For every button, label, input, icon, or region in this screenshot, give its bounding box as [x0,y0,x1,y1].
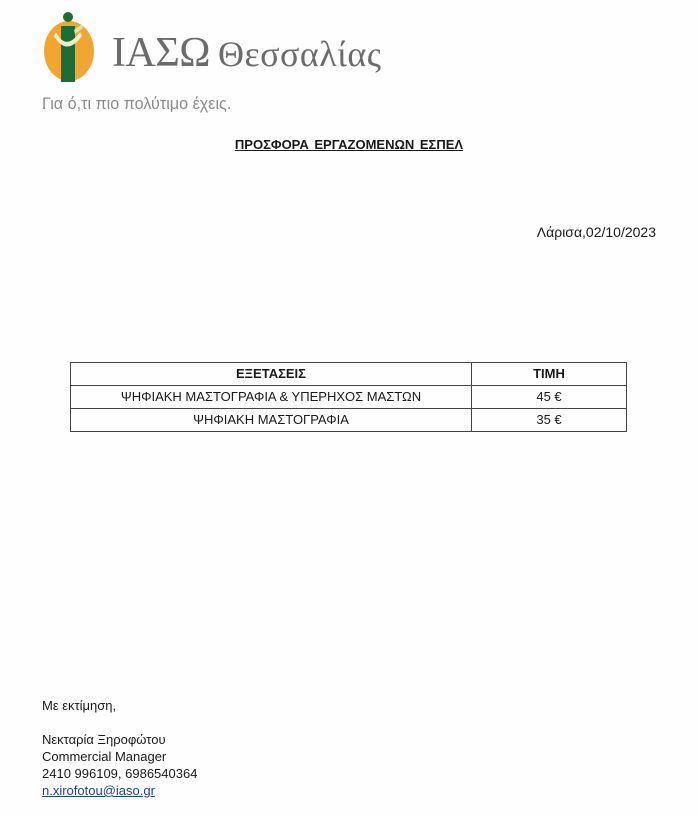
signer-name: Νεκταρία Ξηροφώτου [42,731,197,748]
exam-cell: ΨΗΦΙΑΚΗ ΜΑΣΤΟΓΡΑΦΙΑ [71,409,472,432]
price-cell: 35 € [472,409,627,432]
price-cell: 45 € [472,386,627,409]
document-date: Λάρισα,02/10/2023 [537,224,656,240]
exam-cell: ΨΗΦΙΑΚΗ ΜΑΣΤΟΓΡΑΦΙΑ & ΥΠΕΡΗΧΟΣ ΜΑΣΤΩΝ [71,386,472,409]
logo: ΙΑΣΩΘεσσαλίας Για ό,τι πιο πολύτιμο έχει… [40,10,340,120]
logo-tagline: Για ό,τι πιο πολύτιμο έχεις. [42,94,231,114]
logo-brand: ΙΑΣΩΘεσσαλίας [112,32,382,74]
iaso-logo-mark-icon [40,10,102,84]
header-price: ΤΙΜΗ [472,363,627,386]
offers-table: ΕΞΕΤΑΣΕΙΣ ΤΙΜΗ ΨΗΦΙΑΚΗ ΜΑΣΤΟΓΡΑΦΙΑ & ΥΠΕ… [70,362,627,432]
signer-role: Commercial Manager [42,748,197,765]
signer-phones: 2410 996109, 6986540364 [42,765,197,782]
brand-city: Θεσσαλίας [218,34,382,74]
signature-block: Με εκτίμηση, Νεκταρία Ξηροφώτου Commerci… [42,697,197,799]
header-exams: ΕΞΕΤΑΣΕΙΣ [71,363,472,386]
closing-text: Με εκτίμηση, [42,697,197,714]
document-title: ΠΡΟΣΦΟΡΑ ΕΡΓΑΖΟΜΕΝΩΝ ΕΣΠΕΛ [0,137,698,152]
table-row: ΨΗΦΙΑΚΗ ΜΑΣΤΟΓΡΑΦΙΑ 35 € [71,409,627,432]
email-link[interactable]: n.xirofotou@iaso.gr [42,783,155,798]
table-header-row: ΕΞΕΤΑΣΕΙΣ ΤΙΜΗ [71,363,627,386]
brand-name: ΙΑΣΩ [112,30,210,76]
table-row: ΨΗΦΙΑΚΗ ΜΑΣΤΟΓΡΑΦΙΑ & ΥΠΕΡΗΧΟΣ ΜΑΣΤΩΝ 45… [71,386,627,409]
